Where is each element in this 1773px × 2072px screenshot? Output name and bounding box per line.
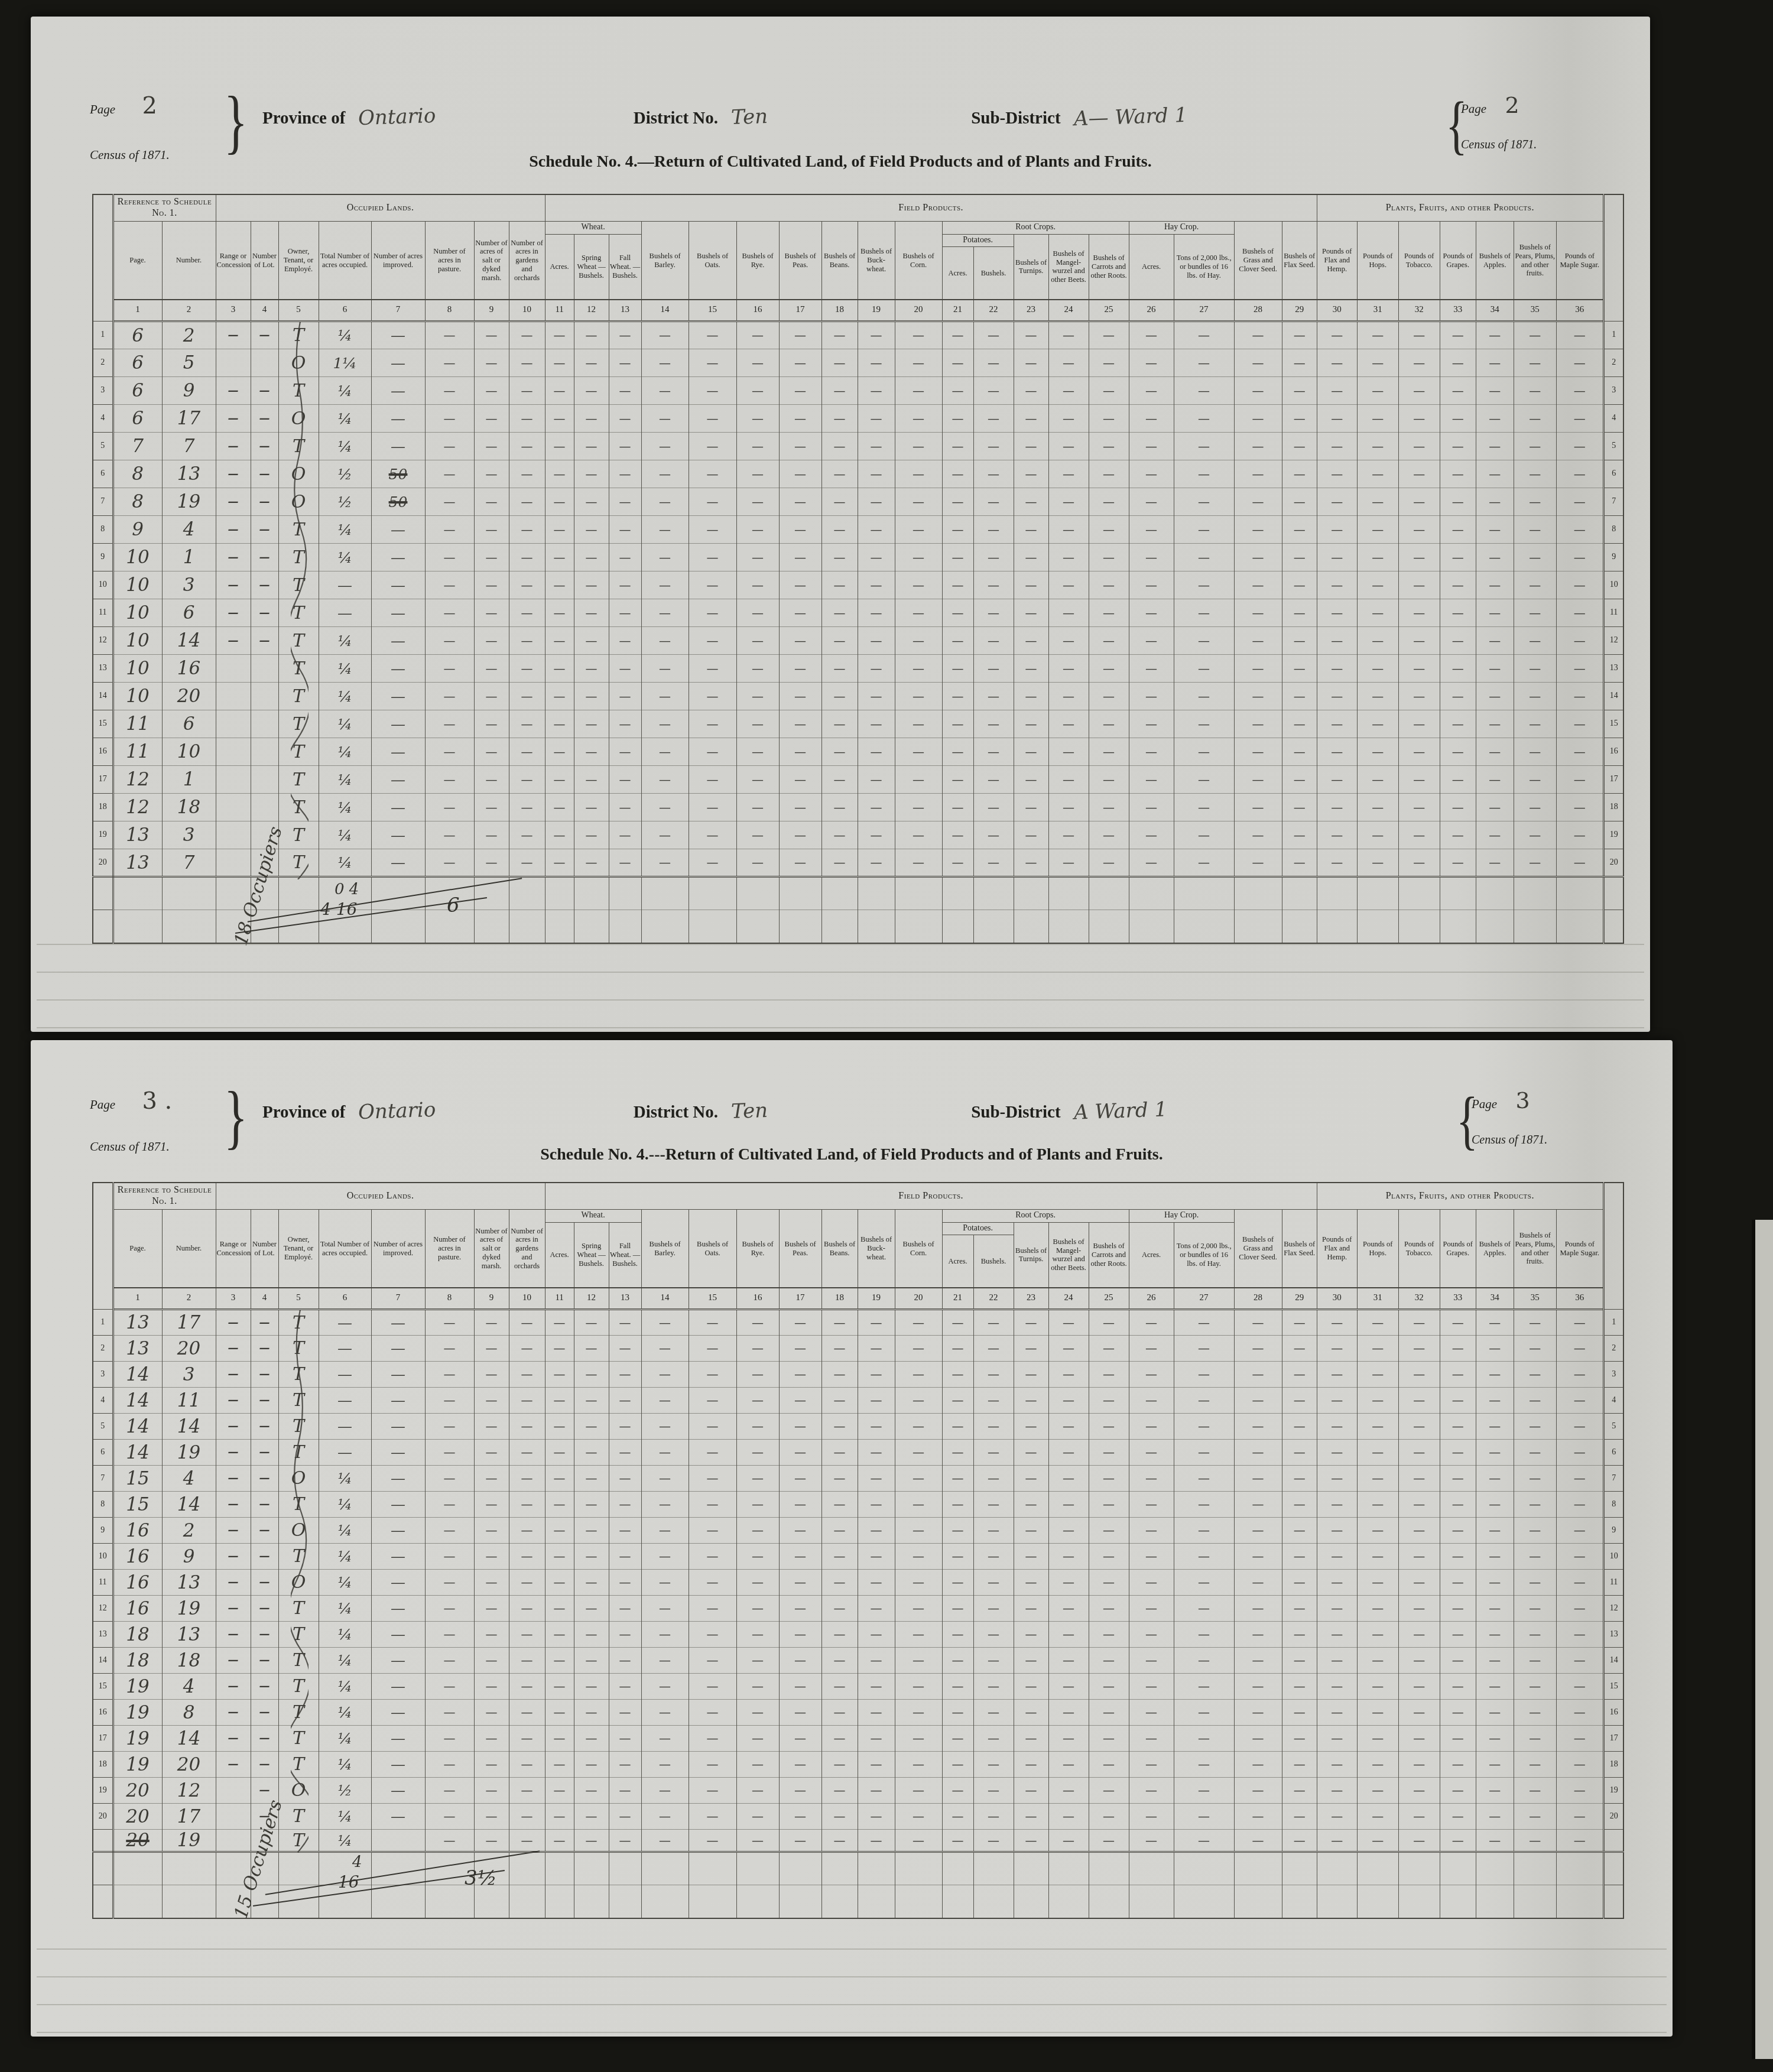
cell-ditto-dash: — xyxy=(1014,516,1048,544)
column-number: 18 xyxy=(821,1288,858,1310)
cell-ditto-dash: — xyxy=(895,1310,942,1336)
cell-ditto-dash: — xyxy=(474,1414,509,1440)
table-row: 16198——T¼——————————————————————————————1… xyxy=(93,1700,1623,1726)
column-number: 3 xyxy=(216,1288,251,1310)
cell-schedule1-page: 20 xyxy=(113,1830,162,1852)
cell-lot-number: — xyxy=(251,1622,278,1648)
header-line: Province of Ontario District No. Ten Sub… xyxy=(262,1099,1185,1123)
cell-ditto-dash: — xyxy=(779,1388,821,1414)
row-number-left: 16 xyxy=(93,1700,113,1726)
cell-ditto-dash: — xyxy=(545,1544,574,1570)
cell-ditto-dash: — xyxy=(509,405,545,433)
cell-range-concession: — xyxy=(216,599,251,627)
cell-ditto-dash: — xyxy=(821,1440,858,1466)
cell-ditto-dash: — xyxy=(1476,321,1514,349)
cell-ditto-dash: — xyxy=(895,1596,942,1622)
cell-acres-occupied: ¼ xyxy=(319,1674,371,1700)
cell-ditto-dash: — xyxy=(425,655,474,683)
cell-ditto-dash: — xyxy=(1048,488,1089,516)
cell-schedule1-page: 14 xyxy=(113,1388,162,1414)
cell-ditto-dash: — xyxy=(425,544,474,571)
table-row: 369——T¼——————————————————————————————3 xyxy=(93,377,1623,405)
cell-ditto-dash: — xyxy=(1014,738,1048,766)
cell-ditto-dash: — xyxy=(942,683,973,710)
cell-ditto-dash: — xyxy=(1282,1388,1317,1414)
cell-ditto-dash: — xyxy=(895,599,942,627)
cell-ditto-dash: — xyxy=(1556,1726,1603,1752)
cell-ditto-dash: — xyxy=(609,1388,641,1414)
cell-ditto-dash: — xyxy=(1048,460,1089,488)
cell-ditto-dash: — xyxy=(509,1804,545,1830)
cell-ditto-dash: — xyxy=(1282,1310,1317,1336)
row-number-left: 1 xyxy=(93,1310,113,1336)
table-row: 162——T¼——————————————————————————————1 xyxy=(93,321,1623,349)
cell-ditto-dash: — xyxy=(1282,1596,1317,1622)
table-row: 161110T¼——————————————————————————————16 xyxy=(93,738,1623,766)
cell-ditto-dash: — xyxy=(1282,1804,1317,1830)
column-number: 33 xyxy=(1440,1288,1476,1310)
cell-ditto-dash: — xyxy=(779,1414,821,1440)
cell-ditto-dash: — xyxy=(973,488,1014,516)
cell-ditto-dash: — xyxy=(1398,1544,1440,1570)
cell-acres-occupied: ¼ xyxy=(319,321,371,349)
cell-ditto-dash: — xyxy=(1317,1440,1357,1466)
cell-ditto-dash: — xyxy=(1089,683,1129,710)
cell-ditto-dash: — xyxy=(1357,1700,1398,1726)
cell-ditto-dash: — xyxy=(1089,433,1129,460)
cell-schedule1-page: 11 xyxy=(113,710,162,738)
district-value-handwritten: Ten xyxy=(730,1099,768,1123)
cell-schedule1-number: 19 xyxy=(162,1830,216,1852)
cell-ditto-dash: — xyxy=(1129,1674,1174,1700)
row-number-left: 19 xyxy=(93,1778,113,1804)
cell-ditto-dash: — xyxy=(1514,849,1556,877)
cell-ditto-dash: — xyxy=(474,794,509,821)
cell-ditto-dash: — xyxy=(509,1310,545,1336)
cell-ditto-dash: — xyxy=(1357,1570,1398,1596)
cell-ditto-dash: — xyxy=(1282,1544,1317,1570)
cell-ditto-dash: — xyxy=(689,544,736,571)
row-number-right: 16 xyxy=(1603,1700,1623,1726)
cell-ditto-dash: — xyxy=(545,1726,574,1752)
cell-ditto-dash: — xyxy=(1282,1700,1317,1726)
cell-ditto-dash: — xyxy=(895,516,942,544)
cell-ditto-dash: — xyxy=(545,1648,574,1674)
cell-ditto-dash: — xyxy=(641,349,689,377)
cell-acres-improved: — xyxy=(371,1752,425,1778)
empty-cell xyxy=(858,1852,895,1885)
cell-ditto-dash: — xyxy=(1174,460,1234,488)
cell-acres-occupied: ¼ xyxy=(319,1726,371,1752)
column-number: 28 xyxy=(1234,1288,1282,1310)
totals-right-figure: 6 xyxy=(447,894,460,917)
cell-schedule1-number: 20 xyxy=(162,683,216,710)
cell-acres-improved: — xyxy=(371,377,425,405)
column-header: Bushels of Carrots and other Roots. xyxy=(1089,1222,1129,1288)
cell-ditto-dash: — xyxy=(689,1544,736,1570)
cell-ditto-dash: — xyxy=(1440,321,1476,349)
cell-ditto-dash: — xyxy=(509,1440,545,1466)
cell-ditto-dash: — xyxy=(689,1726,736,1752)
cell-acres-occupied: ¼ xyxy=(319,1570,371,1596)
row-number-left: 5 xyxy=(93,433,113,460)
cell-ditto-dash: — xyxy=(574,1362,609,1388)
cell-ditto-dash: — xyxy=(425,766,474,794)
cell-ditto-dash: — xyxy=(736,821,779,849)
cell-ditto-dash: — xyxy=(736,516,779,544)
cell-ditto-dash: — xyxy=(609,544,641,571)
cell-ditto-dash: — xyxy=(1476,544,1514,571)
cell-owner-tenant: T xyxy=(278,655,319,683)
cell-ditto-dash: — xyxy=(973,710,1014,738)
cell-ditto-dash: — xyxy=(1048,571,1089,599)
cell-ditto-dash: — xyxy=(545,377,574,405)
cell-range-concession: — xyxy=(216,1700,251,1726)
cell-ditto-dash: — xyxy=(689,1466,736,1492)
row-number-left: 9 xyxy=(93,544,113,571)
cell-ditto-dash: — xyxy=(574,599,609,627)
cell-ditto-dash: — xyxy=(1089,1804,1129,1830)
cell-ditto-dash: — xyxy=(1129,1622,1174,1648)
empty-cell xyxy=(1317,1885,1357,1918)
cell-ditto-dash: — xyxy=(895,738,942,766)
cell-owner-tenant: O xyxy=(278,460,319,488)
cell-ditto-dash: — xyxy=(1476,1492,1514,1518)
cell-ditto-dash: — xyxy=(545,1596,574,1622)
cell-ditto-dash: — xyxy=(609,1414,641,1440)
cell-ditto-dash: — xyxy=(1089,738,1129,766)
cell-ditto-dash: — xyxy=(858,1674,895,1700)
cell-ditto-dash: — xyxy=(1357,766,1398,794)
cell-ditto-dash: — xyxy=(1089,1570,1129,1596)
cell-ditto-dash: — xyxy=(641,1622,689,1648)
blank-ruled-lines xyxy=(37,917,1644,1029)
cell-ditto-dash: — xyxy=(689,821,736,849)
cell-range-concession: — xyxy=(216,433,251,460)
cell-ditto-dash: — xyxy=(1174,516,1234,544)
cell-ditto-dash: — xyxy=(1556,738,1603,766)
cell-ditto-dash: — xyxy=(736,1414,779,1440)
cell-ditto-dash: — xyxy=(609,1700,641,1726)
cell-ditto-dash: — xyxy=(895,544,942,571)
cell-ditto-dash: — xyxy=(574,1492,609,1518)
cell-ditto-dash: — xyxy=(1174,1310,1234,1336)
column-header: Bushels of Pears, Plums, and other fruit… xyxy=(1514,1210,1556,1288)
cell-ditto-dash: — xyxy=(474,1310,509,1336)
column-number: 3 xyxy=(216,300,251,321)
cell-ditto-dash: — xyxy=(895,1362,942,1388)
cell-ditto-dash: — xyxy=(425,1466,474,1492)
column-number: 1 xyxy=(113,300,162,321)
plants-fruits-group-header: Plants, Fruits, and other Products. xyxy=(1317,1183,1603,1210)
cell-ditto-dash: — xyxy=(1048,655,1089,683)
row-number-left xyxy=(93,1852,113,1885)
header-group-row: Reference to Schedule No. 1.Occupied Lan… xyxy=(93,194,1623,222)
cell-ditto-dash: — xyxy=(858,1544,895,1570)
cell-ditto-dash: — xyxy=(1317,488,1357,516)
cell-range-concession: — xyxy=(216,1752,251,1778)
cell-ditto-dash: — xyxy=(973,794,1014,821)
cell-ditto-dash: — xyxy=(1440,433,1476,460)
cell-ditto-dash: — xyxy=(736,433,779,460)
cell-ditto-dash: — xyxy=(425,516,474,544)
cell-ditto-dash: — xyxy=(689,683,736,710)
cell-ditto-dash: — xyxy=(1129,1466,1174,1492)
cell-ditto-dash: — xyxy=(1089,1726,1129,1752)
empty-cell xyxy=(1234,1885,1282,1918)
empty-cell xyxy=(973,1885,1014,1918)
cell-ditto-dash: — xyxy=(1476,1336,1514,1362)
cell-schedule1-page: 18 xyxy=(113,1622,162,1648)
cell-ditto-dash: — xyxy=(1317,1596,1357,1622)
cell-acres-improved: — xyxy=(371,1336,425,1362)
cell-schedule1-page: 20 xyxy=(113,1804,162,1830)
cell-ditto-dash: — xyxy=(895,321,942,349)
cell-ditto-dash: — xyxy=(1440,516,1476,544)
cell-ditto-dash: — xyxy=(1282,405,1317,433)
cell-ditto-dash: — xyxy=(689,1830,736,1852)
cell-ditto-dash: — xyxy=(973,1674,1014,1700)
cell-ditto-dash: — xyxy=(1174,1830,1234,1852)
cell-acres-improved: — xyxy=(371,1466,425,1492)
cell-acres-occupied: ¼ xyxy=(319,710,371,738)
row-number-right: 18 xyxy=(1603,1752,1623,1778)
cell-ditto-dash: — xyxy=(821,571,858,599)
cell-schedule1-page: 19 xyxy=(113,1674,162,1700)
row-number-right: 1 xyxy=(1603,1310,1623,1336)
cell-ditto-dash: — xyxy=(574,1518,609,1544)
cell-ditto-dash: — xyxy=(574,516,609,544)
cell-ditto-dash: — xyxy=(574,571,609,599)
cell-ditto-dash: — xyxy=(1357,433,1398,460)
cell-ditto-dash: — xyxy=(574,1752,609,1778)
cell-ditto-dash: — xyxy=(1398,321,1440,349)
cell-ditto-dash: — xyxy=(1089,766,1129,794)
cell-ditto-dash: — xyxy=(1317,1726,1357,1752)
cell-ditto-dash: — xyxy=(609,460,641,488)
cell-ditto-dash: — xyxy=(1357,516,1398,544)
column-number: 8 xyxy=(425,1288,474,1310)
cell-ditto-dash: — xyxy=(474,1362,509,1388)
cell-schedule1-number: 20 xyxy=(162,1752,216,1778)
cell-ditto-dash: — xyxy=(1174,655,1234,683)
cell-ditto-dash: — xyxy=(1014,1752,1048,1778)
cell-ditto-dash: — xyxy=(1317,710,1357,738)
cell-ditto-dash: — xyxy=(474,1570,509,1596)
cell-acres-occupied: ¼ xyxy=(319,1804,371,1830)
cell-ditto-dash: — xyxy=(574,738,609,766)
cell-owner-tenant: T xyxy=(278,1336,319,1362)
cell-ditto-dash: — xyxy=(1282,1830,1317,1852)
cell-ditto-dash: — xyxy=(1398,1752,1440,1778)
cell-ditto-dash: — xyxy=(1234,1388,1282,1414)
cell-ditto-dash: — xyxy=(1398,1622,1440,1648)
cell-ditto-dash: — xyxy=(1317,1492,1357,1518)
cell-ditto-dash: — xyxy=(942,1830,973,1852)
cell-acres-improved: — xyxy=(371,1648,425,1674)
cell-ditto-dash: — xyxy=(1440,1336,1476,1362)
cell-ditto-dash: — xyxy=(574,1336,609,1362)
cell-ditto-dash: — xyxy=(689,1440,736,1466)
cell-ditto-dash: — xyxy=(509,1830,545,1852)
cell-ditto-dash: — xyxy=(942,627,973,655)
cell-ditto-dash: — xyxy=(1048,1414,1089,1440)
cell-ditto-dash: — xyxy=(821,1518,858,1544)
cell-ditto-dash: — xyxy=(1282,1466,1317,1492)
cell-ditto-dash: — xyxy=(736,1362,779,1388)
cell-ditto-dash: — xyxy=(1282,433,1317,460)
cell-schedule1-page: 20 xyxy=(113,1778,162,1804)
table-row: 10169——T¼——————————————————————————————1… xyxy=(93,1544,1623,1570)
cell-ditto-dash: — xyxy=(973,405,1014,433)
cell-ditto-dash: — xyxy=(1556,488,1603,516)
blank-ruled-lines xyxy=(37,1922,1667,2034)
cell-ditto-dash: — xyxy=(609,794,641,821)
column-header: Bushels of Apples. xyxy=(1476,222,1514,300)
cell-ditto-dash: — xyxy=(1398,488,1440,516)
cell-ditto-dash: — xyxy=(942,1544,973,1570)
cell-ditto-dash: — xyxy=(1514,571,1556,599)
column-number: 24 xyxy=(1048,300,1089,321)
empty-cell xyxy=(574,877,609,910)
cell-ditto-dash: — xyxy=(545,627,574,655)
table-row: 2019T¼————————————————————————————— xyxy=(93,1830,1623,1852)
cell-acres-improved: — xyxy=(371,1804,425,1830)
cell-ditto-dash: — xyxy=(474,849,509,877)
cell-ditto-dash: — xyxy=(1014,433,1048,460)
column-header: Range or Concession. xyxy=(216,1210,251,1288)
cell-ditto-dash: — xyxy=(779,1544,821,1570)
cell-range-concession xyxy=(216,766,251,794)
cell-ditto-dash: — xyxy=(1174,1414,1234,1440)
empty-cell xyxy=(1514,877,1556,910)
cell-schedule1-number: 9 xyxy=(162,1544,216,1570)
column-number: 2 xyxy=(162,300,216,321)
empty-cell xyxy=(162,1852,216,1885)
cell-ditto-dash: — xyxy=(779,766,821,794)
empty-cell xyxy=(973,877,1014,910)
cell-ditto-dash: — xyxy=(1556,1778,1603,1804)
empty-cell xyxy=(113,1852,162,1885)
cell-ditto-dash: — xyxy=(1440,627,1476,655)
cell-ditto-dash: — xyxy=(1048,405,1089,433)
cell-ditto-dash: — xyxy=(609,683,641,710)
cell-acres-improved: — xyxy=(371,516,425,544)
table-row: 181218T¼——————————————————————————————18 xyxy=(93,794,1623,821)
cell-ditto-dash: — xyxy=(736,349,779,377)
cell-ditto-dash: — xyxy=(1317,1778,1357,1804)
cell-ditto-dash: — xyxy=(545,1466,574,1492)
cell-schedule1-number: 19 xyxy=(162,1596,216,1622)
cell-schedule1-number: 14 xyxy=(162,1726,216,1752)
cell-ditto-dash: — xyxy=(689,460,736,488)
cell-ditto-dash: — xyxy=(1556,1544,1603,1570)
row-number-left: 7 xyxy=(93,1466,113,1492)
cell-ditto-dash: — xyxy=(858,683,895,710)
cell-ditto-dash: — xyxy=(1317,1570,1357,1596)
wheat-group-header: Wheat. xyxy=(545,222,641,235)
cell-ditto-dash: — xyxy=(1129,627,1174,655)
cell-lot-number: — xyxy=(251,1726,278,1752)
cell-acres-improved: — xyxy=(371,321,425,349)
cell-ditto-dash: — xyxy=(425,1440,474,1466)
cell-ditto-dash: — xyxy=(545,1414,574,1440)
cell-ditto-dash: — xyxy=(545,821,574,849)
cell-ditto-dash: — xyxy=(1282,1752,1317,1778)
cell-lot-number: — xyxy=(251,1570,278,1596)
cell-ditto-dash: — xyxy=(1014,1518,1048,1544)
row-number-left: 15 xyxy=(93,710,113,738)
cell-ditto-dash: — xyxy=(609,738,641,766)
cell-ditto-dash: — xyxy=(1048,1362,1089,1388)
cell-ditto-dash: — xyxy=(1048,821,1089,849)
cell-ditto-dash: — xyxy=(425,627,474,655)
cell-ditto-dash: — xyxy=(689,1362,736,1388)
cell-ditto-dash: — xyxy=(1317,1336,1357,1362)
row-number-right xyxy=(1603,1885,1623,1918)
cell-ditto-dash: — xyxy=(641,377,689,405)
cell-acres-improved: — xyxy=(371,599,425,627)
cell-ditto-dash: — xyxy=(1514,1492,1556,1518)
cell-ditto-dash: — xyxy=(1282,1674,1317,1700)
cell-schedule1-page: 16 xyxy=(113,1570,162,1596)
empty-cell xyxy=(1476,877,1514,910)
cell-schedule1-number: 11 xyxy=(162,1388,216,1414)
cell-ditto-dash: — xyxy=(779,1440,821,1466)
cell-ditto-dash: — xyxy=(545,571,574,599)
cell-ditto-dash: — xyxy=(858,627,895,655)
cell-ditto-dash: — xyxy=(609,1518,641,1544)
column-header: Pounds of Tobacco. xyxy=(1398,1210,1440,1288)
cell-owner-tenant: O xyxy=(278,405,319,433)
cell-ditto-dash: — xyxy=(509,821,545,849)
subdistrict-label: Sub-District xyxy=(971,109,1060,128)
cell-ditto-dash: — xyxy=(1129,571,1174,599)
cell-ditto-dash: — xyxy=(1174,849,1234,877)
cell-ditto-dash: — xyxy=(425,1622,474,1648)
cell-ditto-dash: — xyxy=(779,1648,821,1674)
cell-ditto-dash: — xyxy=(689,1804,736,1830)
cell-ditto-dash: — xyxy=(858,794,895,821)
province-label: Province of xyxy=(262,109,345,128)
cell-ditto-dash: — xyxy=(736,766,779,794)
cell-ditto-dash: — xyxy=(1234,683,1282,710)
cell-ditto-dash: — xyxy=(779,433,821,460)
cell-ditto-dash: — xyxy=(1048,544,1089,571)
cell-acres-occupied: ¼ xyxy=(319,1518,371,1544)
cell-ditto-dash: — xyxy=(736,1466,779,1492)
cell-ditto-dash: — xyxy=(1357,460,1398,488)
table-row: 61419——T———————————————————————————————6 xyxy=(93,1440,1623,1466)
cell-ditto-dash: — xyxy=(1317,1674,1357,1700)
row-number-right: 14 xyxy=(1603,683,1623,710)
cell-schedule1-number: 14 xyxy=(162,627,216,655)
cell-range-concession: — xyxy=(216,1362,251,1388)
cell-ditto-dash: — xyxy=(1357,1726,1398,1752)
cell-schedule1-page: 19 xyxy=(113,1726,162,1752)
column-header: Number of acres in pasture. xyxy=(425,1210,474,1288)
cell-ditto-dash: — xyxy=(736,1700,779,1726)
cell-ditto-dash: — xyxy=(1234,1362,1282,1388)
cell-ditto-dash: — xyxy=(821,599,858,627)
cell-ditto-dash: — xyxy=(689,405,736,433)
cell-ditto-dash: — xyxy=(942,1570,973,1596)
cell-ditto-dash: — xyxy=(895,710,942,738)
cell-ditto-dash: — xyxy=(574,1310,609,1336)
cell-owner-tenant: T xyxy=(278,1492,319,1518)
cell-ditto-dash: — xyxy=(858,321,895,349)
cell-ditto-dash: — xyxy=(973,1752,1014,1778)
